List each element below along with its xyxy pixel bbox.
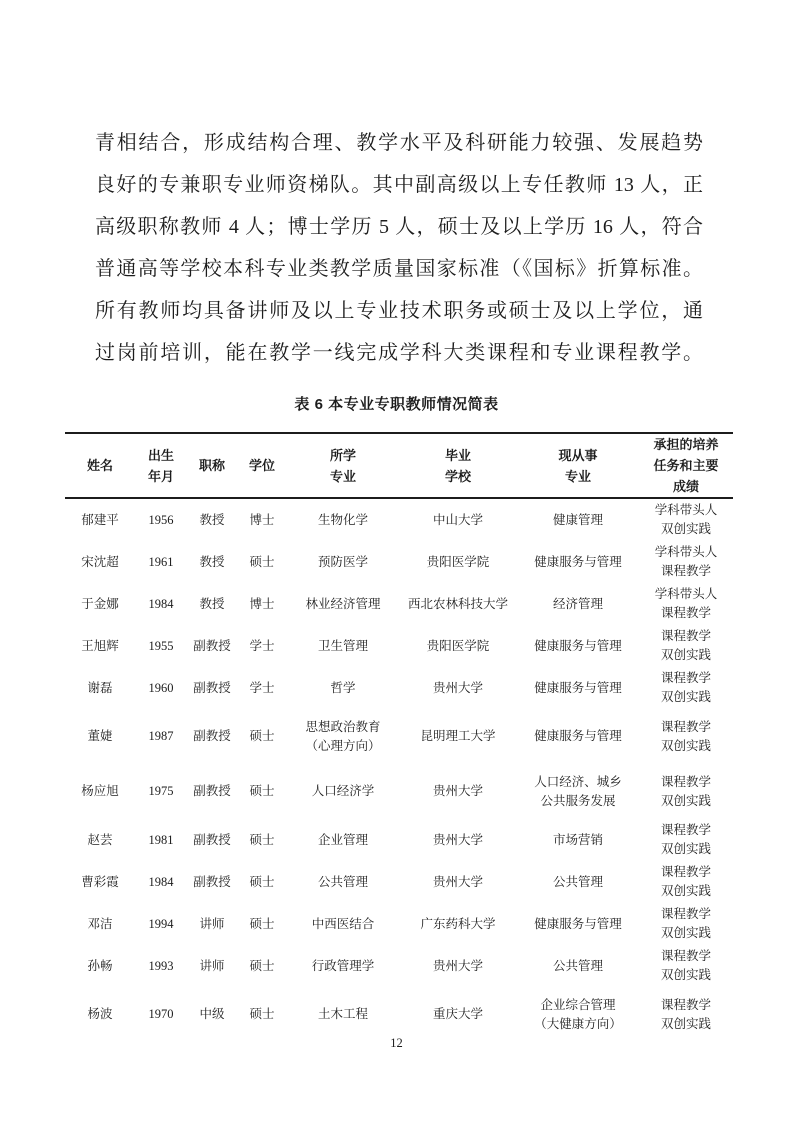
column-header-line: 毕业 <box>399 445 517 466</box>
table-cell-line: 郁建平 <box>65 511 135 530</box>
table-row: 宋沈超1961教授硕士预防医学贵阳医学院健康服务与管理学科带头人课程教学 <box>65 541 733 583</box>
table-cell: 1993 <box>135 945 187 987</box>
table-cell-line: 王旭辉 <box>65 637 135 656</box>
table-cell-line: 公共服务发展 <box>517 792 639 811</box>
table-cell: 1981 <box>135 819 187 861</box>
table-cell-line: 中西医结合 <box>287 915 399 934</box>
table-cell-line: 硕士 <box>237 957 287 976</box>
table-cell-line: 1984 <box>135 595 187 614</box>
table-cell: 课程教学双创实践 <box>639 861 733 903</box>
table-cell: 市场营销 <box>517 819 639 861</box>
table-cell: 经济管理 <box>517 583 639 625</box>
table-cell-line: 课程教学 <box>639 604 733 623</box>
table-cell: 贵阳医学院 <box>399 625 517 667</box>
body-paragraph: 青相结合，形成结构合理、教学水平及科研能力较强、发展趋势良好的专兼职专业师资梯队… <box>95 122 703 374</box>
table-cell-line: 中山大学 <box>399 511 517 530</box>
table-cell-line: 1981 <box>135 831 187 850</box>
table-cell: 1960 <box>135 667 187 709</box>
table-cell-line: 课程教学 <box>639 669 733 688</box>
table-row: 邓洁1994讲师硕士中西医结合广东药科大学健康服务与管理课程教学双创实践 <box>65 903 733 945</box>
table-cell-line: 企业综合管理 <box>517 996 639 1015</box>
paragraph-line: 高级职称教师 4 人；博士学历 5 人，硕士及以上学历 16 人，符合 <box>95 206 703 248</box>
table-cell: 学科带头人双创实践 <box>639 498 733 541</box>
table-cell-line: 公共管理 <box>517 957 639 976</box>
table-cell-line: 课程教学 <box>639 773 733 792</box>
table-cell-line: 董婕 <box>65 727 135 746</box>
table-cell: 邓洁 <box>65 903 135 945</box>
table-cell-line: 贵州大学 <box>399 831 517 850</box>
table-cell: 杨应旭 <box>65 764 135 819</box>
table-cell: 郁建平 <box>65 498 135 541</box>
table-cell: 副教授 <box>187 667 237 709</box>
table-cell-line: 1960 <box>135 679 187 698</box>
teachers-table: 姓名出生年月职称学位所学专业毕业学校现从事专业承担的培养任务和主要成绩 郁建平1… <box>65 432 733 1042</box>
table-cell-line: 广东药科大学 <box>399 915 517 934</box>
column-header-line: 专业 <box>517 466 639 487</box>
table-cell-line: 林业经济管理 <box>287 595 399 614</box>
table-cell: 课程教学双创实践 <box>639 625 733 667</box>
table-cell-line: （大健康方向） <box>517 1015 639 1034</box>
table-cell-line: 副教授 <box>187 873 237 892</box>
column-header-line: 任务和主要 <box>639 455 733 476</box>
table-cell: 西北农林科技大学 <box>399 583 517 625</box>
table-cell-line: 行政管理学 <box>287 957 399 976</box>
table-cell-line: 双创实践 <box>639 882 733 901</box>
table-cell-line: 课程教学 <box>639 996 733 1015</box>
paragraph-line: 普通高等学校本科专业类教学质量国家标准（《国标》折算标准。 <box>95 248 703 290</box>
table-cell-line: 1994 <box>135 915 187 934</box>
table-cell: 曹彩霞 <box>65 861 135 903</box>
table-cell-line: 课程教学 <box>639 905 733 924</box>
table-cell: 贵州大学 <box>399 764 517 819</box>
table-cell: 讲师 <box>187 945 237 987</box>
table-cell-line: 公共管理 <box>517 873 639 892</box>
table-cell-line: 课程教学 <box>639 821 733 840</box>
table-cell-line: 课程教学 <box>639 627 733 646</box>
table-cell-line: 讲师 <box>187 915 237 934</box>
table-cell-line: 双创实践 <box>639 688 733 707</box>
table-cell-line: 赵芸 <box>65 831 135 850</box>
table-cell: 教授 <box>187 498 237 541</box>
table-cell-line: 双创实践 <box>639 737 733 756</box>
table-cell: 课程教学双创实践 <box>639 709 733 764</box>
table-cell: 谢磊 <box>65 667 135 709</box>
table-cell-line: 曹彩霞 <box>65 873 135 892</box>
table-row: 杨应旭1975副教授硕士人口经济学贵州大学人口经济、城乡公共服务发展课程教学双创… <box>65 764 733 819</box>
table-cell: 重庆大学 <box>399 987 517 1042</box>
table-cell: 1970 <box>135 987 187 1042</box>
table-cell: 副教授 <box>187 861 237 903</box>
table-cell-line: 公共管理 <box>287 873 399 892</box>
table-cell: 硕士 <box>237 764 287 819</box>
column-header-line: 承担的培养 <box>639 434 733 455</box>
table-cell-line: 博士 <box>237 511 287 530</box>
table-cell: 中山大学 <box>399 498 517 541</box>
table-cell-line: 1970 <box>135 1005 187 1024</box>
table-cell-line: 课程教学 <box>639 718 733 737</box>
paragraph-line: 良好的专兼职专业师资梯队。其中副高级以上专任教师 13 人，正 <box>95 164 703 206</box>
table-cell: 健康管理 <box>517 498 639 541</box>
table-cell-line: 副教授 <box>187 727 237 746</box>
table-cell: 于金娜 <box>65 583 135 625</box>
table-cell-line: 硕士 <box>237 1005 287 1024</box>
table-cell: 董婕 <box>65 709 135 764</box>
table-cell: 硕士 <box>237 709 287 764</box>
table-cell: 教授 <box>187 541 237 583</box>
table-cell-line: 硕士 <box>237 873 287 892</box>
column-header-line: 姓名 <box>65 455 135 476</box>
table-cell: 学士 <box>237 625 287 667</box>
column-header: 所学专业 <box>287 433 399 498</box>
table-cell-line: 于金娜 <box>65 595 135 614</box>
table-cell-line: 宋沈超 <box>65 553 135 572</box>
table-cell-line: 课程教学 <box>639 562 733 581</box>
table-cell: 人口经济学 <box>287 764 399 819</box>
table-cell-line: 1955 <box>135 637 187 656</box>
table-cell: 硕士 <box>237 861 287 903</box>
table-cell-line: 双创实践 <box>639 924 733 943</box>
table-cell: 教授 <box>187 583 237 625</box>
table-cell-line: 哲学 <box>287 679 399 698</box>
table-cell: 贵阳医学院 <box>399 541 517 583</box>
table-cell-line: 企业管理 <box>287 831 399 850</box>
table-cell-line: 硕士 <box>237 831 287 850</box>
table-cell: 1955 <box>135 625 187 667</box>
table-cell: 哲学 <box>287 667 399 709</box>
table-cell: 健康服务与管理 <box>517 625 639 667</box>
table-cell: 课程教学双创实践 <box>639 667 733 709</box>
table-cell: 王旭辉 <box>65 625 135 667</box>
table-cell: 思想政治教育（心理方向） <box>287 709 399 764</box>
table-cell-line: 贵阳医学院 <box>399 553 517 572</box>
table-cell-line: 贵州大学 <box>399 679 517 698</box>
table-cell-line: 双创实践 <box>639 966 733 985</box>
table-cell-line: 邓洁 <box>65 915 135 934</box>
column-header: 学位 <box>237 433 287 498</box>
page-number: 12 <box>0 1036 793 1051</box>
table-cell: 中级 <box>187 987 237 1042</box>
table-row: 孙畅1993讲师硕士行政管理学贵州大学公共管理课程教学双创实践 <box>65 945 733 987</box>
table-row: 郁建平1956教授博士生物化学中山大学健康管理学科带头人双创实践 <box>65 498 733 541</box>
table-cell-line: 贵州大学 <box>399 782 517 801</box>
table-cell: 课程教学双创实践 <box>639 819 733 861</box>
table-cell-line: 贵阳医学院 <box>399 637 517 656</box>
table-row: 于金娜1984教授博士林业经济管理西北农林科技大学经济管理学科带头人课程教学 <box>65 583 733 625</box>
table-cell: 贵州大学 <box>399 945 517 987</box>
table-cell-line: 学科带头人 <box>639 501 733 520</box>
table-cell: 企业综合管理（大健康方向） <box>517 987 639 1042</box>
table-cell-line: 双创实践 <box>639 646 733 665</box>
table-cell: 昆明理工大学 <box>399 709 517 764</box>
column-header: 姓名 <box>65 433 135 498</box>
table-cell: 卫生管理 <box>287 625 399 667</box>
table-cell-line: 思想政治教育 <box>287 718 399 737</box>
paragraph-line: 所有教师均具备讲师及以上专业技术职务或硕士及以上学位，通 <box>95 290 703 332</box>
table-cell: 硕士 <box>237 945 287 987</box>
table-cell-line: 教授 <box>187 553 237 572</box>
table-cell: 课程教学双创实践 <box>639 764 733 819</box>
table-cell-line: 双创实践 <box>639 1015 733 1034</box>
table-cell-line: 土木工程 <box>287 1005 399 1024</box>
column-header-line: 学校 <box>399 466 517 487</box>
table-cell: 健康服务与管理 <box>517 667 639 709</box>
table-cell: 人口经济、城乡公共服务发展 <box>517 764 639 819</box>
table-cell: 健康服务与管理 <box>517 541 639 583</box>
table-cell-line: 双创实践 <box>639 840 733 859</box>
column-header-line: 出生 <box>135 445 187 466</box>
column-header-line: 年月 <box>135 466 187 487</box>
table-cell-line: 学科带头人 <box>639 585 733 604</box>
table-cell-line: 健康服务与管理 <box>517 915 639 934</box>
table-cell-line: 西北农林科技大学 <box>399 595 517 614</box>
table-cell-line: 1961 <box>135 553 187 572</box>
table-cell-line: 卫生管理 <box>287 637 399 656</box>
table-cell: 公共管理 <box>287 861 399 903</box>
table-cell-line: 1975 <box>135 782 187 801</box>
table-cell: 副教授 <box>187 764 237 819</box>
table-cell-line: 副教授 <box>187 782 237 801</box>
table-cell-line: 副教授 <box>187 831 237 850</box>
table-cell: 企业管理 <box>287 819 399 861</box>
table-cell: 学科带头人课程教学 <box>639 583 733 625</box>
table-cell-line: 双创实践 <box>639 520 733 539</box>
column-header-line: 职称 <box>187 455 237 476</box>
table-cell-line: 杨波 <box>65 1005 135 1024</box>
table-cell-line: 副教授 <box>187 637 237 656</box>
table-cell: 赵芸 <box>65 819 135 861</box>
table-cell: 硕士 <box>237 541 287 583</box>
table-cell: 副教授 <box>187 709 237 764</box>
table-cell: 副教授 <box>187 819 237 861</box>
table-cell: 林业经济管理 <box>287 583 399 625</box>
document-page: 青相结合，形成结构合理、教学水平及科研能力较强、发展趋势良好的专兼职专业师资梯队… <box>0 0 793 1122</box>
column-header-line: 专业 <box>287 466 399 487</box>
table-cell: 1956 <box>135 498 187 541</box>
table-cell-line: 昆明理工大学 <box>399 727 517 746</box>
table-cell: 行政管理学 <box>287 945 399 987</box>
table-cell: 硕士 <box>237 903 287 945</box>
table-cell: 孙畅 <box>65 945 135 987</box>
table-cell-line: 1987 <box>135 727 187 746</box>
table-cell-line: 杨应旭 <box>65 782 135 801</box>
table-cell: 课程教学双创实践 <box>639 903 733 945</box>
table-cell-line: 1984 <box>135 873 187 892</box>
paragraph-line: 过岗前培训，能在教学一线完成学科大类课程和专业课程教学。 <box>95 332 703 374</box>
table-cell: 贵州大学 <box>399 861 517 903</box>
table-cell-line: （心理方向） <box>287 737 399 756</box>
table-cell-line: 1956 <box>135 511 187 530</box>
table-row: 王旭辉1955副教授学士卫生管理贵阳医学院健康服务与管理课程教学双创实践 <box>65 625 733 667</box>
table-cell-line: 课程教学 <box>639 947 733 966</box>
column-header: 职称 <box>187 433 237 498</box>
table-cell: 杨波 <box>65 987 135 1042</box>
table-cell-line: 健康服务与管理 <box>517 637 639 656</box>
table-cell: 学士 <box>237 667 287 709</box>
table-cell-line: 预防医学 <box>287 553 399 572</box>
table-cell-line: 贵州大学 <box>399 957 517 976</box>
table-cell: 1961 <box>135 541 187 583</box>
table-cell: 博士 <box>237 498 287 541</box>
table-cell-line: 谢磊 <box>65 679 135 698</box>
table-cell-line: 重庆大学 <box>399 1005 517 1024</box>
column-header-line: 学位 <box>237 455 287 476</box>
table-cell-line: 市场营销 <box>517 831 639 850</box>
table-cell: 课程教学双创实践 <box>639 987 733 1042</box>
table-cell: 博士 <box>237 583 287 625</box>
table-cell-line: 学科带头人 <box>639 543 733 562</box>
table-row: 赵芸1981副教授硕士企业管理贵州大学市场营销课程教学双创实践 <box>65 819 733 861</box>
column-header-line: 现从事 <box>517 445 639 466</box>
table-cell-line: 经济管理 <box>517 595 639 614</box>
table-cell-line: 健康服务与管理 <box>517 553 639 572</box>
table-cell: 中西医结合 <box>287 903 399 945</box>
table-cell-line: 副教授 <box>187 679 237 698</box>
table-cell-line: 学士 <box>237 679 287 698</box>
table-cell-line: 硕士 <box>237 727 287 746</box>
table-cell-line: 硕士 <box>237 782 287 801</box>
paragraph-line: 青相结合，形成结构合理、教学水平及科研能力较强、发展趋势 <box>95 122 703 164</box>
table-cell: 健康服务与管理 <box>517 709 639 764</box>
table-title: 表 6 本专业专职教师情况简表 <box>0 393 793 414</box>
table-cell-line: 硕士 <box>237 553 287 572</box>
column-header: 毕业学校 <box>399 433 517 498</box>
column-header-line: 成绩 <box>639 476 733 497</box>
column-header: 承担的培养任务和主要成绩 <box>639 433 733 498</box>
table-cell: 1987 <box>135 709 187 764</box>
table-header: 姓名出生年月职称学位所学专业毕业学校现从事专业承担的培养任务和主要成绩 <box>65 433 733 498</box>
table-cell-line: 教授 <box>187 511 237 530</box>
table-cell-line: 博士 <box>237 595 287 614</box>
table-cell: 公共管理 <box>517 945 639 987</box>
table-cell-line: 讲师 <box>187 957 237 976</box>
table-cell-line: 1993 <box>135 957 187 976</box>
table-header-row: 姓名出生年月职称学位所学专业毕业学校现从事专业承担的培养任务和主要成绩 <box>65 433 733 498</box>
table-cell-line: 生物化学 <box>287 511 399 530</box>
table-row: 曹彩霞1984副教授硕士公共管理贵州大学公共管理课程教学双创实践 <box>65 861 733 903</box>
table-cell: 1975 <box>135 764 187 819</box>
table-cell: 贵州大学 <box>399 819 517 861</box>
table-cell-line: 孙畅 <box>65 957 135 976</box>
table-cell: 公共管理 <box>517 861 639 903</box>
table-cell-line: 健康服务与管理 <box>517 679 639 698</box>
table-cell-line: 人口经济、城乡 <box>517 773 639 792</box>
table-row: 董婕1987副教授硕士思想政治教育（心理方向）昆明理工大学健康服务与管理课程教学… <box>65 709 733 764</box>
table-cell-line: 健康管理 <box>517 511 639 530</box>
table-cell: 学科带头人课程教学 <box>639 541 733 583</box>
table-cell-line: 贵州大学 <box>399 873 517 892</box>
column-header: 现从事专业 <box>517 433 639 498</box>
table-row: 谢磊1960副教授学士哲学贵州大学健康服务与管理课程教学双创实践 <box>65 667 733 709</box>
table-cell: 贵州大学 <box>399 667 517 709</box>
table-cell: 讲师 <box>187 903 237 945</box>
table-cell: 硕士 <box>237 819 287 861</box>
table-cell-line: 中级 <box>187 1005 237 1024</box>
table-cell: 1984 <box>135 583 187 625</box>
table-cell: 宋沈超 <box>65 541 135 583</box>
table-cell-line: 人口经济学 <box>287 782 399 801</box>
table-body: 郁建平1956教授博士生物化学中山大学健康管理学科带头人双创实践宋沈超1961教… <box>65 498 733 1042</box>
column-header-line: 所学 <box>287 445 399 466</box>
table-cell-line: 硕士 <box>237 915 287 934</box>
table-cell: 课程教学双创实践 <box>639 945 733 987</box>
table-cell-line: 学士 <box>237 637 287 656</box>
table-cell: 土木工程 <box>287 987 399 1042</box>
table-cell-line: 健康服务与管理 <box>517 727 639 746</box>
table-cell: 硕士 <box>237 987 287 1042</box>
table-cell: 1984 <box>135 861 187 903</box>
table-cell-line: 双创实践 <box>639 792 733 811</box>
table-row: 杨波1970中级硕士土木工程重庆大学企业综合管理（大健康方向）课程教学双创实践 <box>65 987 733 1042</box>
table-cell: 生物化学 <box>287 498 399 541</box>
table-cell-line: 课程教学 <box>639 863 733 882</box>
table-cell: 副教授 <box>187 625 237 667</box>
table-cell-line: 教授 <box>187 595 237 614</box>
table-cell: 健康服务与管理 <box>517 903 639 945</box>
column-header: 出生年月 <box>135 433 187 498</box>
table-cell: 广东药科大学 <box>399 903 517 945</box>
table-cell: 预防医学 <box>287 541 399 583</box>
table-cell: 1994 <box>135 903 187 945</box>
